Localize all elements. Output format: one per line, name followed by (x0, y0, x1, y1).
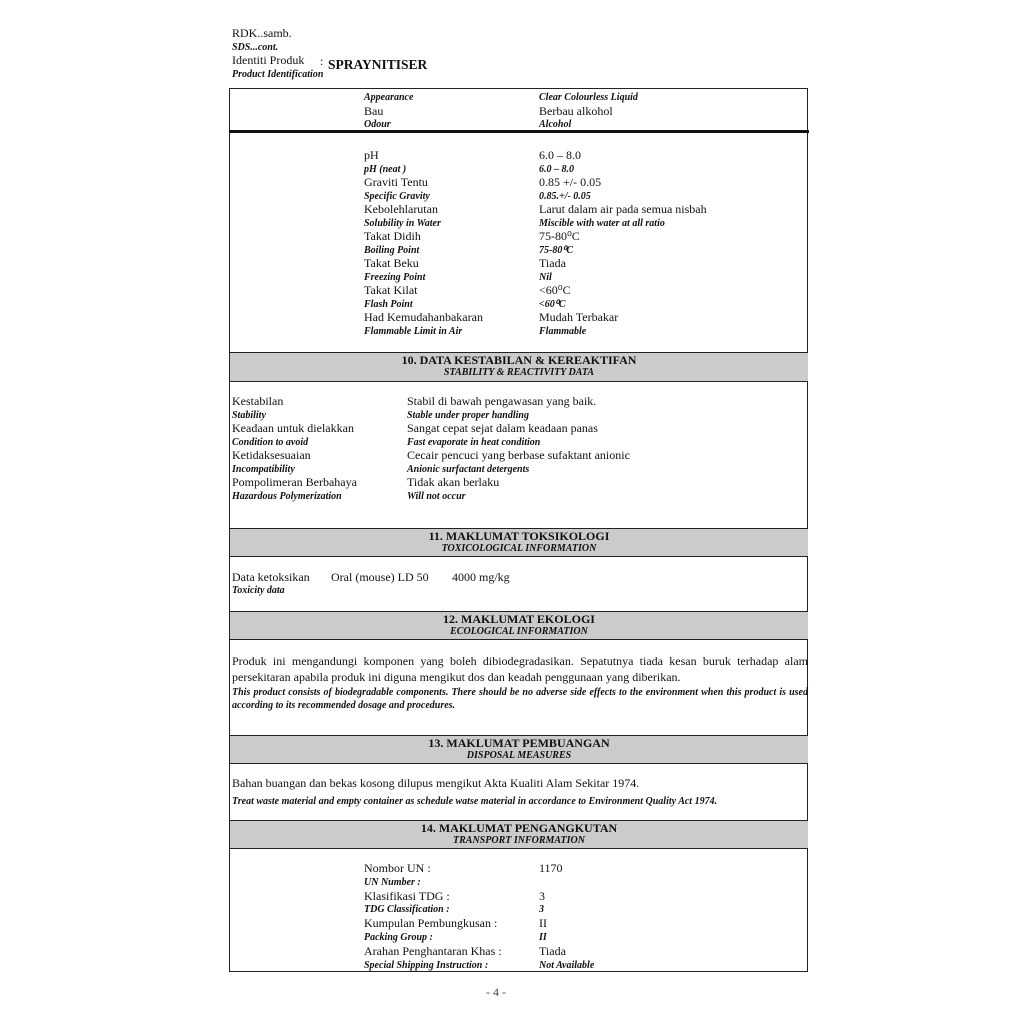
property-value: Miscible with water at all ratio (539, 218, 665, 229)
property-value: Nil (539, 272, 552, 283)
section-10-header: 10. DATA KESTABILAN & KEREAKTIFAN STABIL… (230, 352, 808, 382)
stability-label: Keadaan untuk dielakkan (232, 421, 354, 436)
property-label: Specific Gravity (364, 191, 430, 202)
ecology-text-en: This product consists of biodegradable c… (232, 686, 808, 712)
transport-value: II (539, 932, 547, 943)
section-title-en: STABILITY & REACTIVITY DATA (230, 367, 808, 379)
stability-value: Stabil di bawah pengawasan yang baik. (407, 394, 596, 409)
transport-label: UN Number : (364, 877, 421, 888)
transport-label: Kumpulan Pembungkusan : (364, 916, 497, 931)
section-title-en: DISPOSAL MEASURES (230, 750, 808, 762)
product-name: SPRAYNITISER (328, 57, 427, 73)
ref-ms: RDK..samb. (232, 27, 323, 41)
stability-label: Hazardous Polymerization (232, 491, 342, 502)
stability-value: Tidak akan berlaku (407, 475, 499, 490)
property-value: <60⁰C (539, 299, 565, 310)
stability-label: Pompolimeran Berbahaya (232, 475, 357, 490)
section-title-en: TRANSPORT INFORMATION (230, 835, 808, 847)
property-value: Clear Colourless Liquid (539, 92, 638, 103)
ecology-text-ms: Produk ini mengandungi komponen yang bol… (232, 653, 808, 685)
property-label: pH (364, 148, 379, 163)
transport-label: TDG Classification : (364, 904, 450, 915)
property-label: Bau (364, 104, 383, 119)
property-label: Flammable Limit in Air (364, 326, 462, 337)
property-value: Tiada (539, 256, 566, 271)
transport-label: Packing Group : (364, 932, 433, 943)
property-label: Takat Didih (364, 229, 421, 244)
stability-value: Sangat cepat sejat dalam keadaan panas (407, 421, 598, 436)
property-label: Solubility in Water (364, 218, 441, 229)
stability-value: Fast evaporate in heat condition (407, 437, 540, 448)
transport-label: Nombor UN : (364, 861, 431, 876)
transport-label: Klasifikasi TDG : (364, 889, 450, 904)
property-label: Had Kemudahanbakaran (364, 310, 483, 325)
property-label: Kebolehlarutan (364, 202, 438, 217)
section-14-header: 14. MAKLUMAT PENGANGKUTAN TRANSPORT INFO… (230, 820, 808, 849)
transport-value: Tiada (539, 944, 566, 959)
property-value: <60⁰C (539, 283, 571, 298)
property-label: Flash Point (364, 299, 413, 310)
property-label: Appearance (364, 92, 413, 103)
stability-value: Will not occur (407, 491, 466, 502)
stability-label: Kestabilan (232, 394, 283, 409)
stability-value: Anionic surfactant detergents (407, 464, 529, 475)
section-title-ms: 10. DATA KESTABILAN & KEREAKTIFAN (230, 353, 808, 367)
section-title-ms: 13. MAKLUMAT PEMBUANGAN (230, 736, 808, 750)
property-value: Flammable (539, 326, 586, 337)
property-value: 75-80⁰C (539, 245, 573, 256)
section-title-en: ECOLOGICAL INFORMATION (230, 626, 808, 638)
property-value: Alcohol (539, 119, 571, 130)
stability-label: Ketidaksesuaian (232, 448, 311, 463)
transport-value: 3 (539, 889, 545, 904)
transport-value: Not Available (539, 960, 594, 971)
stability-value: Cecair pencuci yang berbase sufaktant an… (407, 448, 630, 463)
property-value: 6.0 – 8.0 (539, 148, 581, 163)
transport-value: 3 (539, 904, 544, 915)
stability-label: Condition to avoid (232, 437, 308, 448)
stability-label: Incompatibility (232, 464, 295, 475)
product-colon: : (320, 54, 323, 69)
property-value: Larut dalam air pada semua nisbah (539, 202, 707, 217)
section-title-ms: 14. MAKLUMAT PENGANGKUTAN (230, 821, 808, 835)
section-12-header: 12. MAKLUMAT EKOLOGI ECOLOGICAL INFORMAT… (230, 611, 808, 640)
property-value: Berbau alkohol (539, 104, 613, 119)
toxicity-label-ms: Data ketoksikan (232, 570, 310, 585)
property-label: Graviti Tentu (364, 175, 428, 190)
property-label: Freezing Point (364, 272, 425, 283)
property-value: 0.85.+/- 0.05 (539, 191, 591, 202)
toxicity-label-en: Toxicity data (232, 585, 285, 596)
toxicity-value: 4000 mg/kg (452, 570, 510, 585)
section-title-ms: 12. MAKLUMAT EKOLOGI (230, 612, 808, 626)
transport-value: 1170 (539, 861, 563, 876)
section-13-header: 13. MAKLUMAT PEMBUANGAN DISPOSAL MEASURE… (230, 735, 808, 764)
divider-rule (229, 130, 809, 133)
property-value: 0.85 +/- 0.05 (539, 175, 601, 190)
section-11-header: 11. MAKLUMAT TOKSIKOLOGI TOXICOLOGICAL I… (230, 528, 808, 557)
product-label-en: Product Identification (232, 68, 323, 82)
page-number: - 4 - (486, 985, 506, 1000)
section-title-ms: 11. MAKLUMAT TOKSIKOLOGI (230, 529, 808, 543)
product-label-ms: Identiti Produk (232, 54, 323, 68)
transport-label: Arahan Penghantaran Khas : (364, 944, 502, 959)
stability-label: Stability (232, 410, 266, 421)
property-label: pH (neat ) (364, 164, 406, 175)
property-label: Takat Beku (364, 256, 419, 271)
toxicity-test: Oral (mouse) LD 50 (331, 570, 429, 585)
section-title-en: TOXICOLOGICAL INFORMATION (230, 543, 808, 555)
property-value: 6.0 – 8.0 (539, 164, 574, 175)
disposal-text-en: Treat waste material and empty container… (232, 795, 808, 808)
property-label: Takat Kilat (364, 283, 417, 298)
property-label: Boiling Point (364, 245, 419, 256)
transport-value: II (539, 916, 547, 931)
ref-en: SDS...cont. (232, 41, 323, 55)
property-label: Odour (364, 119, 391, 130)
property-value: 75-80⁰C (539, 229, 580, 244)
stability-value: Stable under proper handling (407, 410, 529, 421)
disposal-text-ms: Bahan buangan dan bekas kosong dilupus m… (232, 775, 808, 791)
document-header: RDK..samb. SDS...cont. Identiti Produk P… (232, 27, 323, 81)
property-value: Mudah Terbakar (539, 310, 618, 325)
transport-label: Special Shipping Instruction : (364, 960, 488, 971)
